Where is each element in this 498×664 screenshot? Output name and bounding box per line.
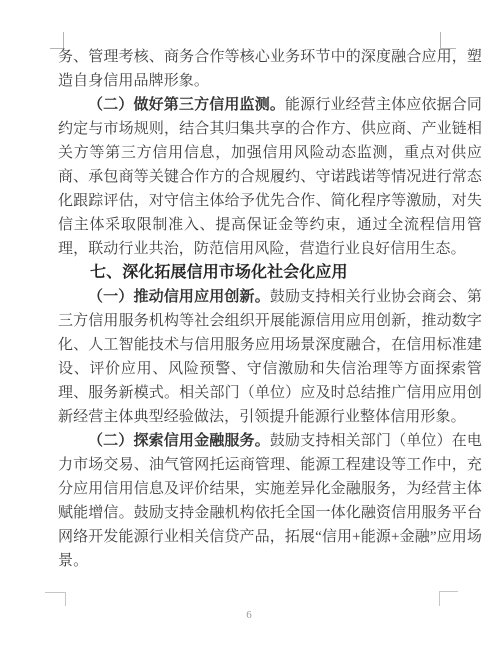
crop-mark-bottom-left [45,592,66,606]
paragraph-lead: （二）做好第三方信用监测。 [88,97,285,113]
section-heading: 七、深化拓展信用市场化社会化应用 [58,261,482,285]
document-page: 务、管理考核、商务合作等核心业务环节中的深度融合应用，塑造自身信用品牌形象。 （… [0,0,498,664]
paragraph: （二）探索信用金融服务。鼓励支持相关部门（单位）在电力市场交易、油气管网托运商管… [58,429,482,573]
document-body: 务、管理考核、商务合作等核心业务环节中的深度融合应用，塑造自身信用品牌形象。 （… [58,45,482,573]
paragraph: （二）做好第三方信用监测。能源行业经营主体应依据合同约定与市场规则，结合其归集共… [58,93,482,261]
paragraph-text: 鼓励支持相关部门（单位）在电力市场交易、油气管网托运商管理、能源工程建设等工作中… [58,433,482,569]
paragraph-text: 能源行业经营主体应依据合同约定与市场规则，结合其归集共享的合作方、供应商、产业链… [58,97,482,257]
paragraph-lead: （二）探索信用金融服务。 [88,433,270,449]
page-number: 6 [0,608,498,622]
paragraph-text: 鼓励支持相关行业协会商会、第三方信用服务机构等社会组织开展能源信用应用创新，推动… [58,289,482,425]
paragraph: （一）推动信用应用创新。鼓励支持相关行业协会商会、第三方信用服务机构等社会组织开… [58,285,482,429]
paragraph-continuation: 务、管理考核、商务合作等核心业务环节中的深度融合应用，塑造自身信用品牌形象。 [58,45,482,93]
crop-mark-bottom-right [439,591,458,606]
paragraph-lead: （一）推动信用应用创新。 [88,289,270,305]
